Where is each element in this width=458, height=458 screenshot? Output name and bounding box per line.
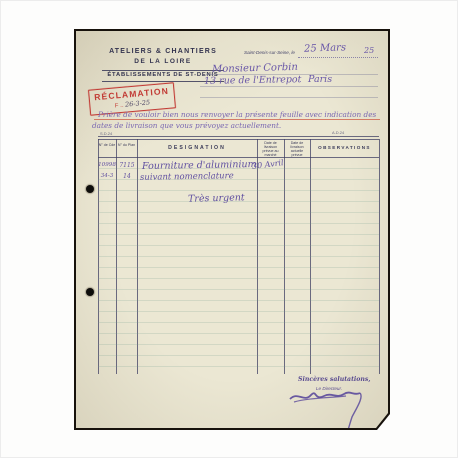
ruled-line: [98, 234, 379, 235]
ruled-line: [98, 267, 379, 268]
ruled-line: [98, 212, 379, 213]
ruled-line: [98, 355, 379, 356]
ruled-line: [98, 322, 379, 323]
punch-hole-bottom: [86, 288, 94, 296]
recipient-rule-3: [200, 97, 378, 98]
stamp-ref-prefix: F: [115, 103, 119, 109]
recipient-address: 13 rue de l'Entrepot: [204, 74, 302, 87]
col-header-date-marche: Date de livraison prévue au marché: [258, 141, 283, 157]
red-underline: [94, 119, 380, 120]
ruled-line: [98, 256, 379, 257]
row1-no-plan: 7115: [117, 162, 137, 169]
dateline-printed-label: Saint-Denis-sur-Seine, le: [244, 50, 295, 55]
table-border-top: [98, 139, 379, 140]
col-header-no-cde: N° de Cde: [98, 143, 116, 147]
ruled-line: [98, 245, 379, 246]
table-v-right: [379, 139, 380, 374]
form-code-right: A.D.24: [332, 130, 344, 135]
row1-no-cde: 10998: [98, 162, 116, 168]
col-header-designation: DÉSIGNATION: [137, 145, 257, 151]
signature-flourish: [284, 383, 374, 431]
scanned-paper-edge: ATELIERS & CHANTIERS DE LA LOIRE ÉTABLIS…: [74, 29, 390, 430]
document-page: ATELIERS & CHANTIERS DE LA LOIRE ÉTABLIS…: [76, 31, 388, 428]
col-header-no-plan: N° du Plan: [116, 143, 137, 147]
handwritten-date: 25 Mars: [304, 42, 346, 54]
table-header-separator: [98, 157, 379, 158]
recipient-rule-2: [200, 86, 378, 87]
letterhead-rule-top: [102, 70, 224, 71]
instruction-line-1: Prière de vouloir bien nous renvoyer la …: [98, 110, 384, 119]
row2-no-plan: 14: [117, 173, 137, 180]
row1-designation: Fourniture d'aluminium: [142, 159, 257, 172]
ruled-line: [98, 289, 379, 290]
ruled-line: [98, 344, 379, 345]
ruled-line: [98, 333, 379, 334]
photo-background: ATELIERS & CHANTIERS DE LA LOIRE ÉTABLIS…: [0, 0, 458, 458]
col-header-observations: OBSERVATIONS: [310, 145, 379, 150]
recipient-rule-1: [206, 74, 378, 75]
ruled-line: [98, 311, 379, 312]
recipient-city: Paris: [308, 74, 332, 85]
punch-hole-top: [86, 185, 94, 193]
stamp-ref-dots: ..: [120, 103, 124, 109]
col-header-date-actuelle: Date de livraison actuelle prévue: [285, 141, 309, 157]
table-border-top-outer: [98, 136, 379, 137]
instruction-line-2: dates de livraison que vous prévoyez act…: [92, 121, 378, 130]
dateline-dotted-rule: [298, 57, 378, 58]
letterhead-company-2: DE LA LOIRE: [98, 58, 228, 65]
ruled-line: [98, 366, 379, 367]
letterhead-company: ATELIERS & CHANTIERS: [98, 48, 228, 55]
ruled-line: [98, 223, 379, 224]
ruled-line: [98, 300, 379, 301]
ruled-line: [98, 278, 379, 279]
closing-salutation: Sincères salutations,: [298, 376, 371, 383]
urgency-note: Très urgent: [188, 192, 245, 204]
handwritten-year: 25: [364, 46, 374, 55]
ruled-line: [98, 190, 379, 191]
stamp-ref-handwritten: 26-3-25: [125, 98, 151, 108]
row2-no-cde: 34-3: [98, 173, 116, 179]
row2-designation: suivant nomenclature: [140, 171, 234, 183]
